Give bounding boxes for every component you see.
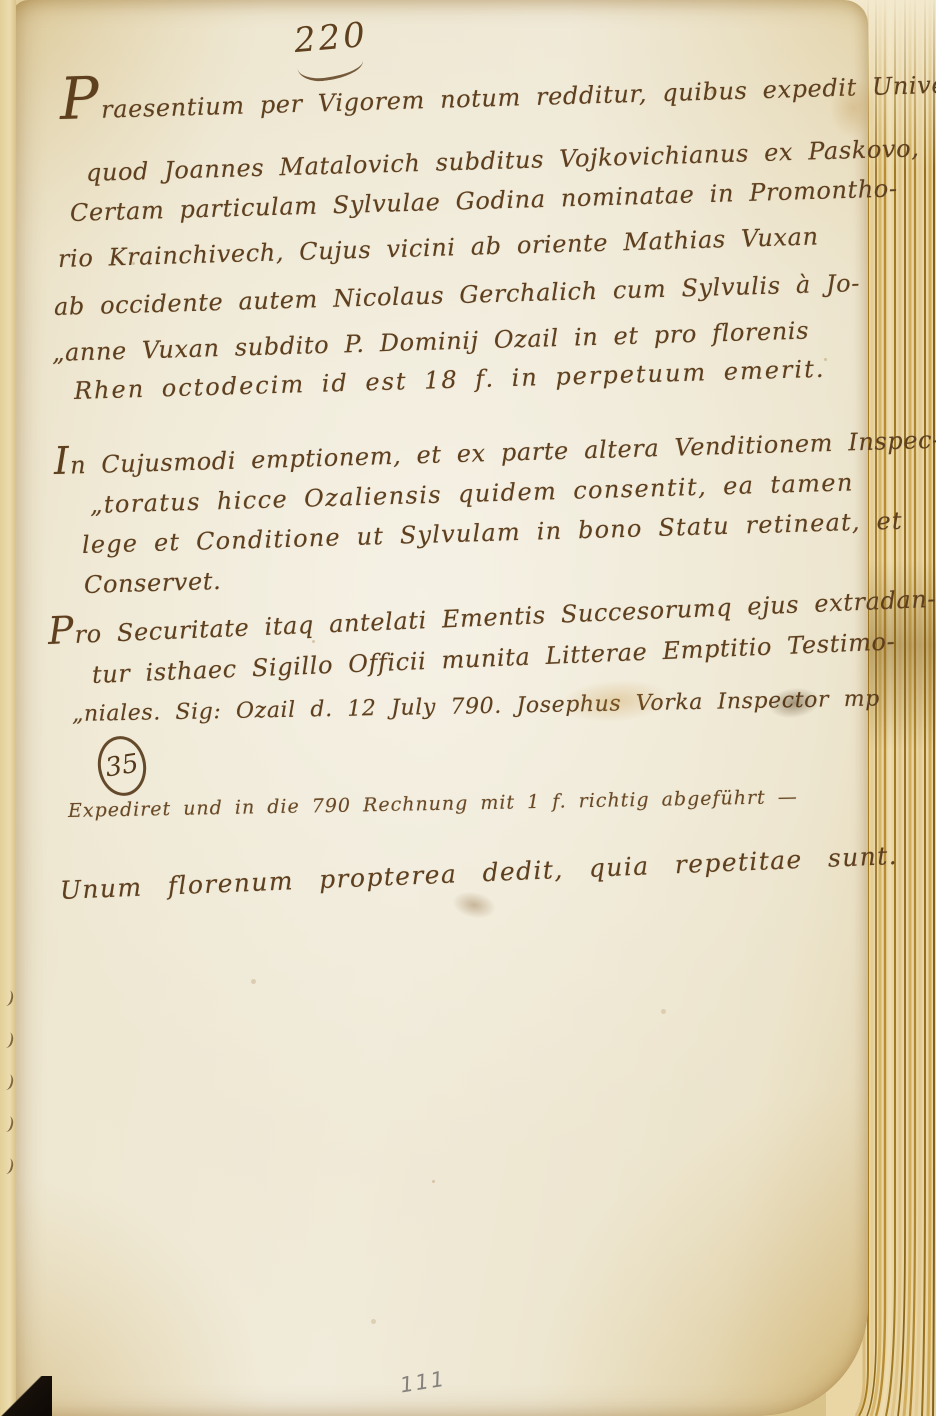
book-scan: 220 Praesentium per Vigorem notum reddit… — [0, 0, 936, 1416]
bleed-through-mark — [0, 989, 15, 1007]
manuscript-page: 220 Praesentium per Vigorem notum reddit… — [12, 0, 868, 1416]
folio-number: 220 — [292, 15, 369, 61]
pencil-number: 111 — [398, 1367, 447, 1398]
bleed-through-mark — [0, 1031, 15, 1049]
facing-page-edge — [0, 0, 16, 1416]
margin-mark-oval: 35 — [94, 733, 151, 800]
binding-shadow — [0, 1376, 52, 1416]
manuscript-line: ab occidente autem Nicolaus Gerchalich c… — [54, 268, 861, 322]
bleed-through-mark — [0, 1157, 15, 1175]
ink-smudge — [450, 888, 498, 923]
german-expedit-note: Expediret und in die 790 Rechnung mit 1 … — [68, 782, 798, 826]
manuscript-line: Conservet. — [84, 566, 222, 600]
manuscript-line: rio Krainchivech, Cujus vicini ab orient… — [58, 221, 819, 274]
florin-payment-note: Unum florenum propterea dedit, quia repe… — [59, 841, 898, 906]
foxing-spots — [132, 262, 135, 265]
manuscript-line: Praesentium per Vigorem notum redditur, … — [59, 56, 936, 126]
bleed-through-mark — [0, 1115, 15, 1133]
margin-mark-number: 35 — [103, 749, 140, 784]
bleed-through-mark — [0, 1073, 15, 1091]
manuscript-line: „niales. Sig: Ozail d. 12 July 790. Jose… — [72, 684, 880, 730]
